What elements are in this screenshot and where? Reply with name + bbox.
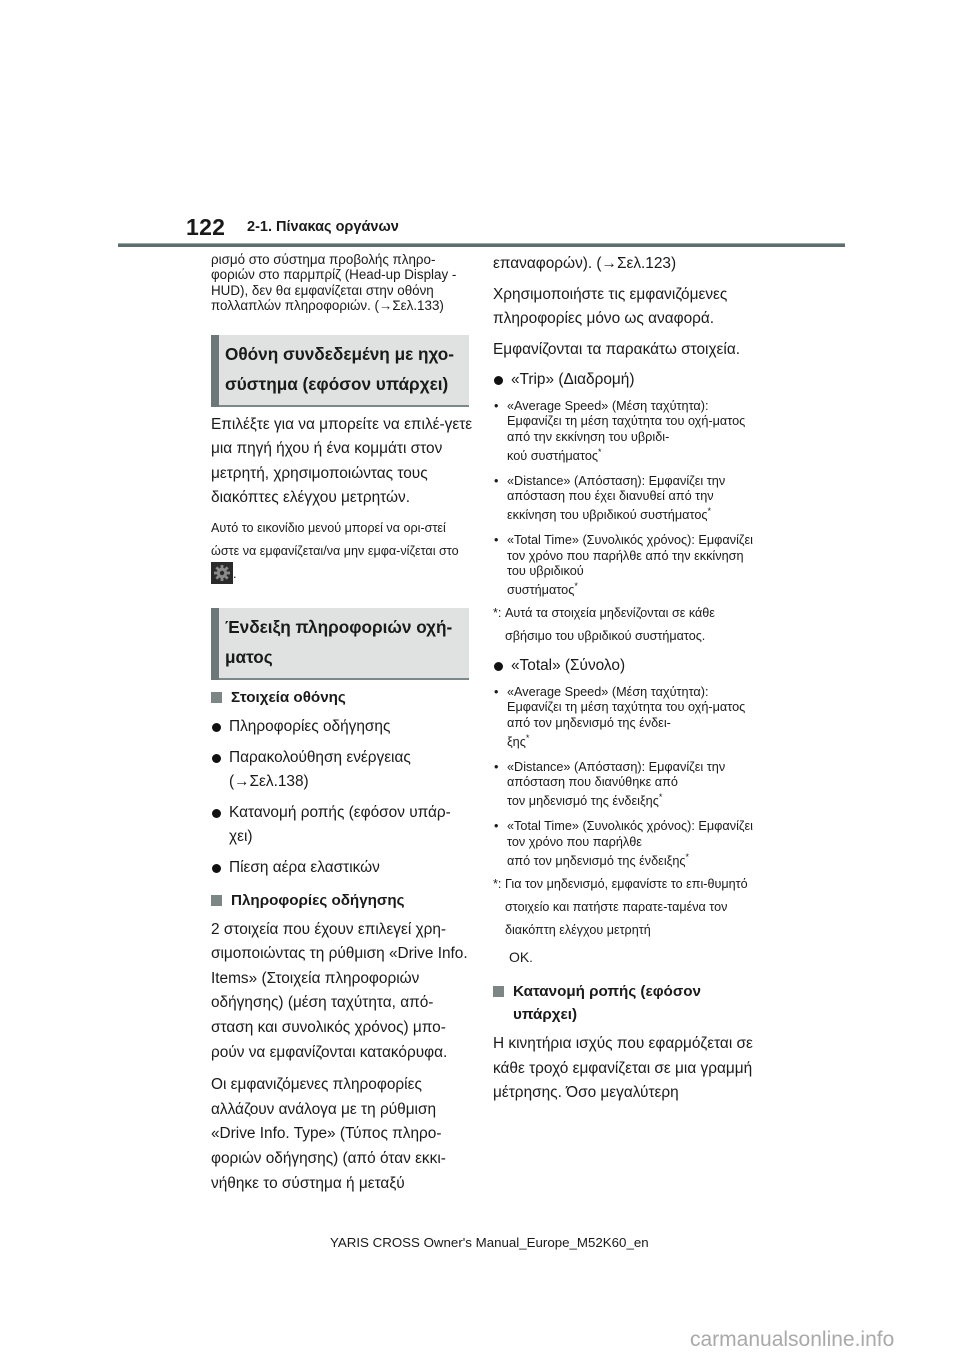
trip-distance: •«Distance» (Απόσταση): Εμφανίζει την απ… bbox=[493, 474, 755, 528]
items-shown-text: Εμφανίζονται τα παρακάτω στοιχεία. bbox=[493, 338, 755, 363]
total-distance: •«Distance» (Απόσταση): Εμφανίζει την απ… bbox=[493, 760, 755, 814]
total-heading: «Total» (Σύνολο) bbox=[493, 654, 755, 679]
square-bullet-icon bbox=[493, 986, 504, 997]
subheading-drive-info: Πληροφορίες οδήγησης bbox=[211, 889, 473, 912]
square-bullet-icon bbox=[211, 895, 222, 906]
total-total-time: •«Total Time» (Συνολικός χρόνος): Εμφανί… bbox=[493, 819, 755, 873]
subheading-display-items: Στοιχεία οθόνης bbox=[211, 686, 473, 709]
trip-total-time: •«Total Time» (Συνολικός χρόνος): Εμφανί… bbox=[493, 533, 755, 602]
chapter-title: 2-1. Πίνακας οργάνων bbox=[247, 219, 399, 235]
drive-info-paragraph-1: 2 στοιχεία που έχουν επιλεγεί χρη-σιμοπο… bbox=[211, 918, 473, 1066]
torque-body: Η κινητήρια ισχύς που εφαρμόζεται σε κάθ… bbox=[493, 1032, 755, 1106]
list-item: Κατανομή ροπής (εφόσον υπάρ-χει) bbox=[211, 801, 473, 850]
total-average-speed: •«Average Speed» (Μέση ταχύτητα): Εμφανί… bbox=[493, 685, 755, 754]
total-footnote: *:Για τον μηδενισμό, εμφανίστε το επι-θυ… bbox=[493, 873, 755, 970]
bullet-dot-icon bbox=[212, 864, 221, 873]
gear-settings-icon bbox=[211, 562, 233, 584]
section-heading-text: Ένδειξη πληροφοριών οχή-ματος bbox=[225, 617, 452, 667]
icon-visibility-note: Αυτό το εικονίδιο μενού μπορεί να ορι-στ… bbox=[211, 517, 473, 586]
footer-manual-id: YARIS CROSS Owner's Manual_Europe_M52K60… bbox=[330, 1235, 649, 1250]
drive-info-paragraph-2: Οι εμφανιζόμενες πληροφορίες αλλάζουν αν… bbox=[211, 1073, 473, 1196]
ok-button-symbol: OK bbox=[509, 946, 529, 969]
header-rule bbox=[118, 243, 845, 247]
right-column: επαναφορών). (→Σελ.123) Χρησιμοποιήστε τ… bbox=[493, 252, 755, 1106]
intro-continuation: ρισμό στο σύστημα προβολής πληρο-φοριών … bbox=[211, 252, 466, 314]
section-heading-audio-display: Οθόνη συνδεδεμένη με ηχο-σύστημα (εφόσον… bbox=[211, 335, 469, 407]
trip-footnote: *:Αυτά τα στοιχεία μηδενίζονται σε κάθε … bbox=[493, 602, 755, 648]
bullet-dot-icon bbox=[212, 754, 221, 763]
watermark: carmanualsonline.info bbox=[690, 1328, 894, 1352]
page-number: 122 bbox=[186, 214, 225, 241]
list-item: Παρακολούθηση ενέργειας (→Σελ.138) bbox=[211, 746, 473, 795]
section-heading-text: Οθόνη συνδεδεμένη με ηχο-σύστημα (εφόσον… bbox=[225, 344, 454, 394]
left-column: ρισμό στο σύστημα προβολής πληρο-φοριών … bbox=[211, 252, 473, 1196]
trip-average-speed: •«Average Speed» (Μέση ταχύτητα): Εμφανί… bbox=[493, 399, 755, 468]
trip-heading: «Trip» (Διαδρομή) bbox=[493, 368, 755, 393]
reference-note: Χρησιμοποιήστε τις εμφανιζόμενες πληροφο… bbox=[493, 283, 755, 332]
list-item: Πληροφορίες οδήγησης bbox=[211, 715, 473, 740]
audio-display-body: Επιλέξτε για να μπορείτε να επιλέ-γετε μ… bbox=[211, 413, 473, 511]
bullet-dot-icon bbox=[212, 809, 221, 818]
list-item: Πίεση αέρα ελαστικών bbox=[211, 856, 473, 881]
continuation-text: επαναφορών). (→Σελ.123) bbox=[493, 252, 755, 277]
square-bullet-icon bbox=[211, 692, 222, 703]
bullet-dot-icon bbox=[494, 376, 503, 385]
bullet-dot-icon bbox=[212, 723, 221, 732]
section-heading-vehicle-info: Ένδειξη πληροφοριών οχή-ματος bbox=[211, 608, 469, 680]
subheading-torque-distribution: Κατανομή ροπής (εφόσον υπάρχει) bbox=[493, 980, 755, 1026]
bullet-dot-icon bbox=[494, 662, 503, 671]
